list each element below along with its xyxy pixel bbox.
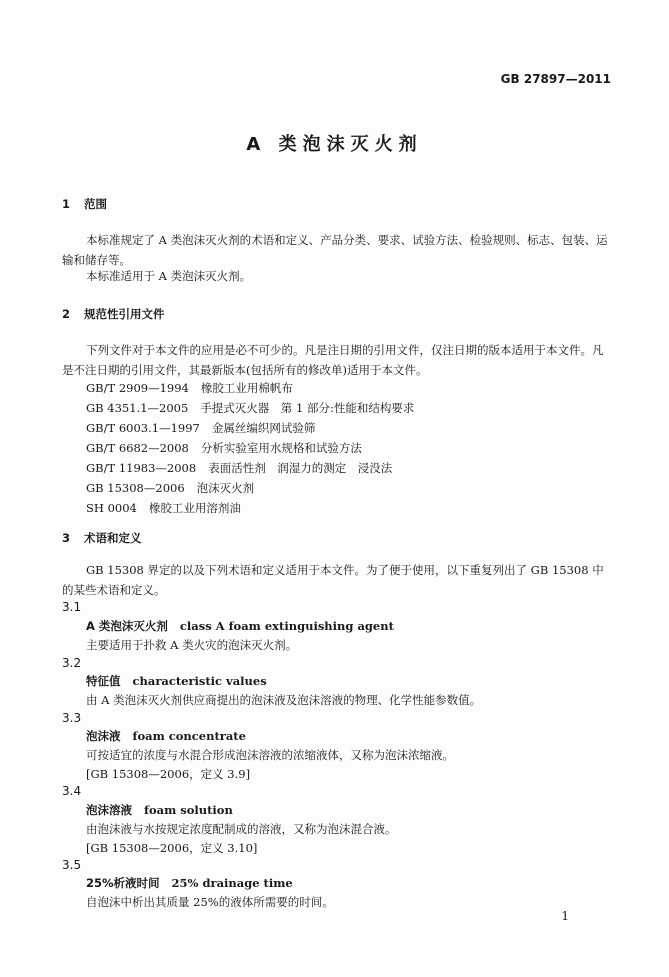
reference-title: 手提式灭火器 第 1 部分:性能和结构要求 — [200, 401, 414, 415]
term-zh: 泡沫溶液 — [86, 803, 132, 817]
paragraph: 下列文件对于本文件的应用是必不可少的。凡是注日期的引用文件，仅注日期的版本适用于… — [62, 340, 610, 380]
paragraph: 本标准适用于 A 类泡沫灭火剂。 — [62, 266, 610, 286]
reference-title: 表面活性剂 润湿力的测定 浸没法 — [208, 461, 392, 475]
term-source: [GB 15308—2006，定义 3.10] — [86, 840, 257, 856]
reference-code: GB/T 11983—2008 — [86, 461, 196, 475]
term-en: foam solution — [144, 803, 233, 817]
section-number: 2 — [62, 307, 84, 321]
section-number: 1 — [62, 197, 84, 211]
section-title: 范围 — [84, 197, 107, 211]
term-zh: A 类泡沫灭火剂 — [86, 619, 168, 633]
standard-number: GB 27897—2011 — [501, 72, 611, 86]
reference-code: SH 0004 — [86, 501, 137, 515]
reference-code: GB 15308—2006 — [86, 481, 185, 495]
reference-title: 金属丝编织网试验筛 — [212, 421, 316, 435]
reference-item: GB 15308—2006泡沫灭火剂 — [86, 480, 254, 496]
term-definition: 由泡沫液与水按规定浓度配制成的溶液，又称为泡沫混合液。 — [86, 821, 397, 837]
term-heading: 特征值characteristic values — [86, 673, 267, 689]
reference-code: GB/T 6682—2008 — [86, 441, 189, 455]
term-number: 3.3 — [62, 711, 81, 725]
section-number: 3 — [62, 531, 84, 545]
term-en: characteristic values — [133, 674, 267, 688]
page-number: 1 — [561, 909, 569, 923]
term-number: 3.1 — [62, 600, 81, 614]
term-number: 3.5 — [62, 858, 81, 872]
term-heading: 25%析液时间25% drainage time — [86, 875, 293, 891]
section-2-heading: 2规范性引用文件 — [62, 306, 165, 322]
paragraph: GB 15308 界定的以及下列术语和定义适用于本文件。为了便于使用，以下重复列… — [62, 560, 610, 600]
term-definition: 由 A 类泡沫灭火剂供应商提出的泡沫液及泡沫溶液的物理、化学性能参数值。 — [86, 692, 481, 708]
reference-code: GB/T 6003.1—1997 — [86, 421, 200, 435]
reference-title: 分析实验室用水规格和试验方法 — [201, 441, 362, 455]
reference-code: GB/T 2909—1994 — [86, 381, 189, 395]
term-number: 3.2 — [62, 656, 81, 670]
term-heading: 泡沫溶液foam solution — [86, 802, 233, 818]
term-en: 25% drainage time — [172, 876, 293, 890]
term-zh: 特征值 — [86, 674, 121, 688]
reference-title: 泡沫灭火剂 — [197, 481, 255, 495]
term-en: foam concentrate — [133, 729, 246, 743]
document-title: A 类泡沫灭火剂 — [0, 130, 669, 156]
section-title: 规范性引用文件 — [84, 307, 165, 321]
term-definition: 自泡沫中析出其质量 25%的液体所需要的时间。 — [86, 894, 334, 910]
term-number: 3.4 — [62, 784, 81, 798]
term-en: class A foam extinguishing agent — [180, 619, 394, 633]
section-1-heading: 1范围 — [62, 196, 107, 212]
term-source: [GB 15308—2006，定义 3.9] — [86, 766, 250, 782]
term-definition: 可按适宜的浓度与水混合形成泡沫溶液的浓缩液体，又称为泡沫浓缩液。 — [86, 747, 454, 763]
reference-item: GB/T 11983—2008表面活性剂 润湿力的测定 浸没法 — [86, 460, 392, 476]
reference-title: 橡胶工业用溶剂油 — [149, 501, 241, 515]
section-title: 术语和定义 — [84, 531, 142, 545]
reference-code: GB 4351.1—2005 — [86, 401, 188, 415]
paragraph: 本标准规定了 A 类泡沫灭火剂的术语和定义、产品分类、要求、试验方法、检验规则、… — [62, 230, 610, 270]
term-definition: 主要适用于扑救 A 类火灾的泡沫灭火剂。 — [86, 637, 297, 653]
term-zh: 泡沫液 — [86, 729, 121, 743]
term-zh: 25%析液时间 — [86, 876, 160, 890]
reference-item: GB/T 6003.1—1997金属丝编织网试验筛 — [86, 420, 315, 436]
reference-item: GB/T 2909—1994橡胶工业用棉帆布 — [86, 380, 293, 396]
term-heading: 泡沫液foam concentrate — [86, 728, 246, 744]
reference-item: SH 0004橡胶工业用溶剂油 — [86, 500, 241, 516]
reference-item: GB/T 6682—2008分析实验室用水规格和试验方法 — [86, 440, 362, 456]
reference-title: 橡胶工业用棉帆布 — [201, 381, 293, 395]
section-3-heading: 3术语和定义 — [62, 530, 142, 546]
reference-item: GB 4351.1—2005手提式灭火器 第 1 部分:性能和结构要求 — [86, 400, 414, 416]
term-heading: A 类泡沫灭火剂class A foam extinguishing agent — [86, 618, 394, 634]
